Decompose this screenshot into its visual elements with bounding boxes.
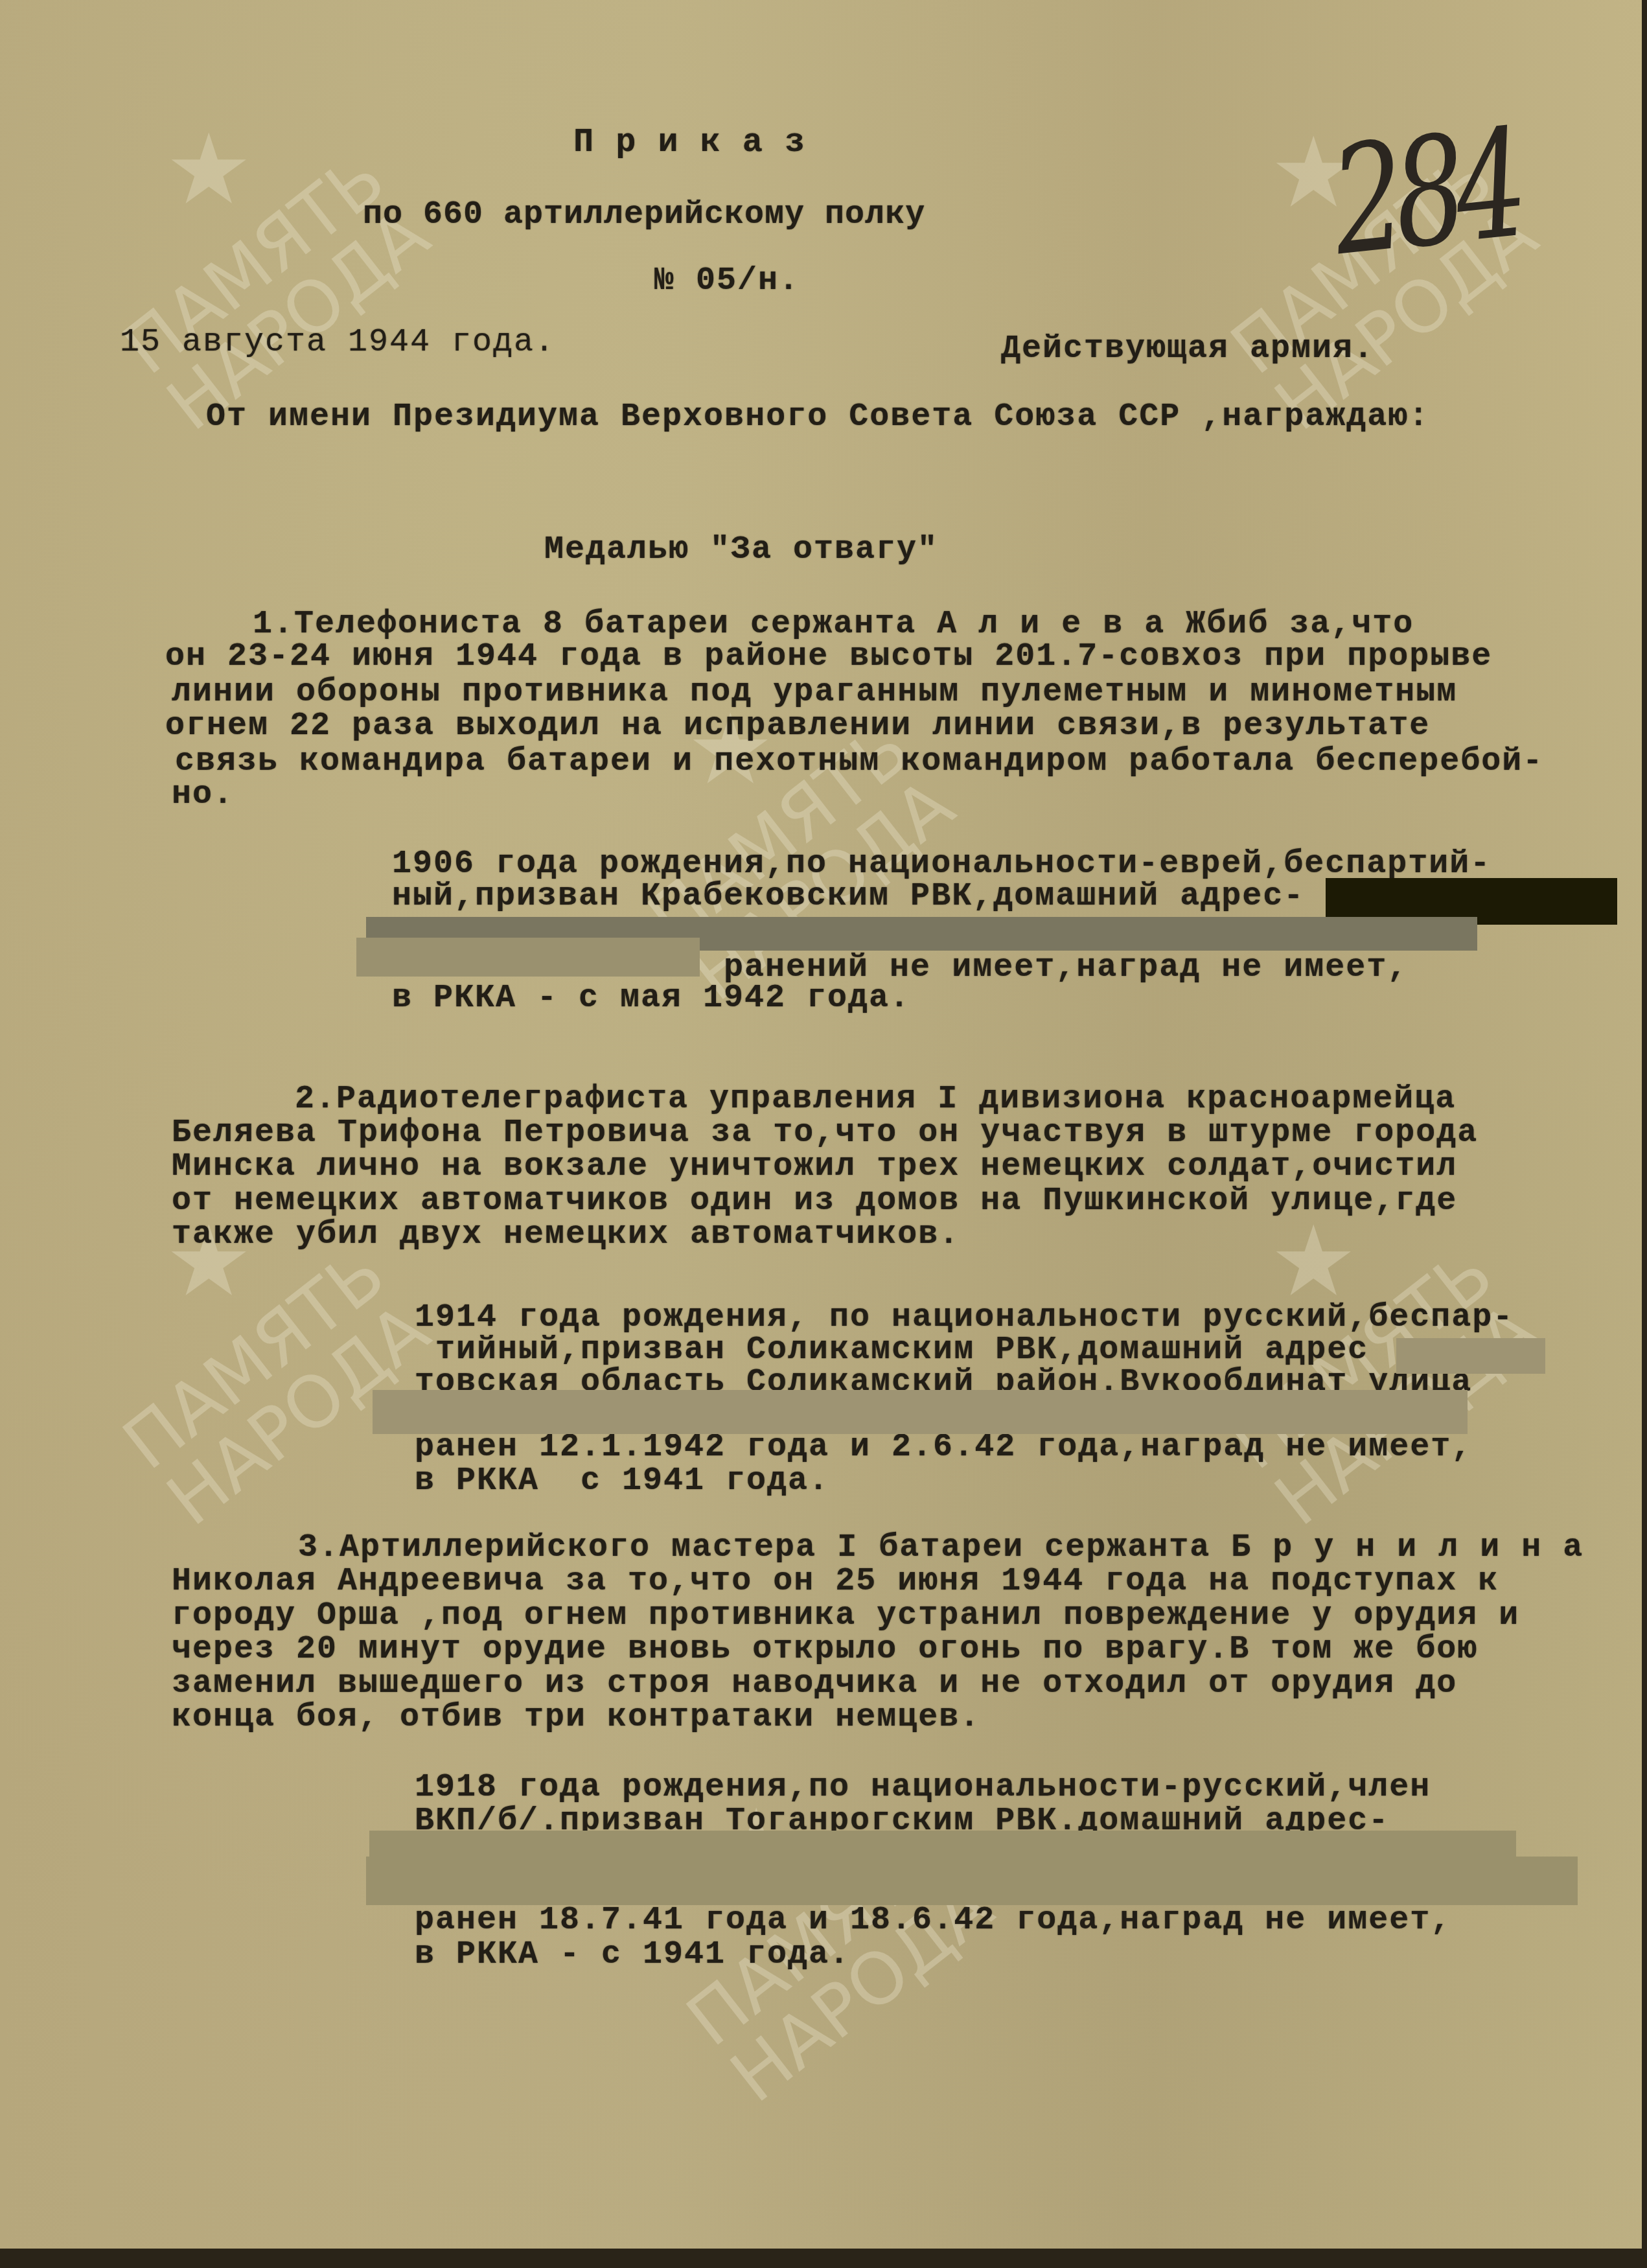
citation-line: связь командира батареи и пехотным коман… — [175, 743, 1543, 780]
bio-line: ный,призван Крабековским РВК,домашний ад… — [392, 878, 1304, 915]
bio-line: тийный,призван Соликамским РВК,домашний … — [415, 1332, 1368, 1369]
bio-line: 1906 года рождения,по национальности-евр… — [392, 846, 1491, 883]
award-heading: Медалью "За отвагу" — [544, 531, 938, 568]
citation-line: 3.Артиллерийского мастера I батареи серж… — [298, 1529, 1584, 1566]
scan-right-edge — [1642, 0, 1647, 2268]
bio-line: в РККА с 1941 года. — [415, 1463, 829, 1499]
bio-line: 1918 года рождения,по национальности-рус… — [415, 1769, 1431, 1806]
bio-line: ранен 18.7.41 года и 18.6.42 года,наград… — [415, 1902, 1451, 1939]
citation-line: через 20 минут орудие вновь открыло огон… — [172, 1631, 1478, 1668]
citation-line: 2.Радиотелеграфиста управления I дивизио… — [295, 1081, 1456, 1118]
bio-line: в РККА - с 1941 года. — [415, 1936, 850, 1973]
citation-line: Минска лично на вокзале уничтожил трех н… — [172, 1148, 1457, 1185]
citation-line: от немецких автоматчиков один из домов н… — [172, 1183, 1457, 1220]
star-icon: ★ — [165, 113, 252, 226]
citation-line: конца боя, отбив три контратаки немцев. — [172, 1699, 980, 1736]
citation-line: но. — [172, 776, 234, 813]
scan-bottom-edge — [0, 2249, 1647, 2268]
order-preamble: От имени Президиума Верховного Совета Со… — [206, 399, 1429, 435]
handwritten-sheet-number: 284 — [1324, 98, 1526, 289]
citation-line: он 23-24 июня 1944 года в районе высоты … — [165, 638, 1492, 675]
order-number: № 05/н. — [654, 262, 800, 299]
bio-line: в РККА - с мая 1942 года. — [392, 980, 910, 1017]
order-date: 15 августа 1944 года. — [120, 324, 555, 361]
redaction-block — [366, 1857, 1578, 1905]
redaction-block — [356, 938, 700, 977]
redaction-block — [369, 1831, 1516, 1858]
bio-line: 1914 года рождения, по национальности ру… — [415, 1299, 1514, 1336]
citation-line: линии обороны противника под ураганным п… — [172, 674, 1457, 711]
citation-line: Николая Андреевича за то,что он 25 июня … — [172, 1563, 1499, 1600]
redaction-block — [1396, 1338, 1545, 1374]
order-title: Приказ — [573, 123, 827, 161]
citation-line: городу Орша ,под огнем противника устран… — [172, 1597, 1519, 1634]
citation-line: Беляева Трифона Петровича за то,что он у… — [172, 1115, 1478, 1151]
citation-line: огнем 22 раза выходил на исправлении лин… — [165, 708, 1430, 745]
redaction-block — [373, 1390, 1468, 1434]
citation-line: заменил вышедшего из строя наводчика и н… — [172, 1665, 1457, 1702]
order-subtitle: по 660 артиллерийскому полку — [363, 196, 925, 233]
citation-line: также убил двух немецких автоматчиков. — [172, 1216, 960, 1253]
bio-line: ранен 12.1.1942 года и 2.6.42 года,награ… — [415, 1429, 1472, 1466]
order-location: Действующая армия. — [1001, 330, 1374, 367]
citation-line: 1.Телефониста 8 батареи сержанта А л и е… — [253, 606, 1414, 643]
